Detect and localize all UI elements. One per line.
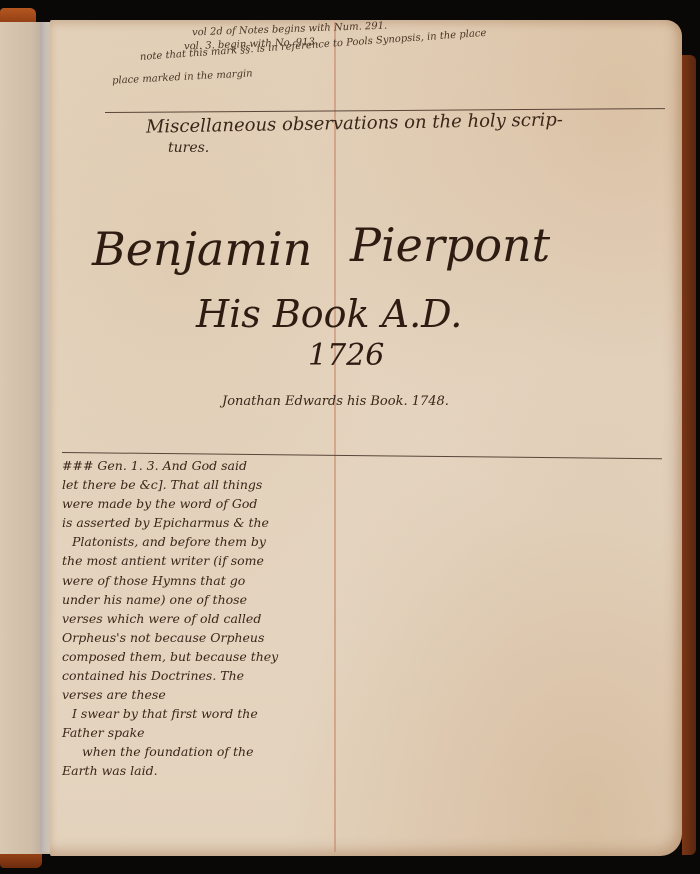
heading-line-2: tures. [168, 140, 209, 156]
entry-line: when the foundation of the [82, 746, 254, 759]
entry-line: Platonists, and before them by [72, 536, 266, 549]
entry-line: verses which were of old called [62, 613, 261, 626]
entry-line: Father spake [62, 727, 145, 740]
vertical-fold-rule [334, 22, 336, 852]
owner-last-name: Pierpont [350, 218, 550, 272]
entry-line: composed them, but because they [62, 651, 278, 664]
entry-line: were made by the word of God [62, 498, 257, 511]
entry-line: is asserted by Epicharmus & the [62, 517, 269, 530]
book-cover-bottom-edge [0, 852, 42, 868]
entry-line: were of those Hymns that go [62, 575, 245, 588]
book-cover-right-edge [682, 55, 696, 855]
entry-line: ### Gen. 1. 3. And God said [62, 460, 247, 473]
book-line: His Book A.D. [196, 292, 462, 336]
entry-line: under his name) one of those [62, 594, 247, 607]
entry-line: let there be &c]. That all things [62, 479, 262, 492]
entry-line: verses are these [62, 689, 166, 702]
entry-line: the most antient writer (if some [62, 555, 264, 568]
entry-line: Earth was laid. [62, 765, 158, 778]
entry-line: Orpheus's not because Orpheus [62, 632, 264, 645]
entry-line: contained his Doctrines. The [62, 670, 244, 683]
entry-line: I swear by that first word the [72, 708, 258, 721]
owner-first-name: Benjamin [92, 222, 312, 276]
inscription-year: 1726 [308, 338, 384, 373]
second-owner-inscription: Jonathan Edwards his Book. 1748. [222, 394, 449, 409]
